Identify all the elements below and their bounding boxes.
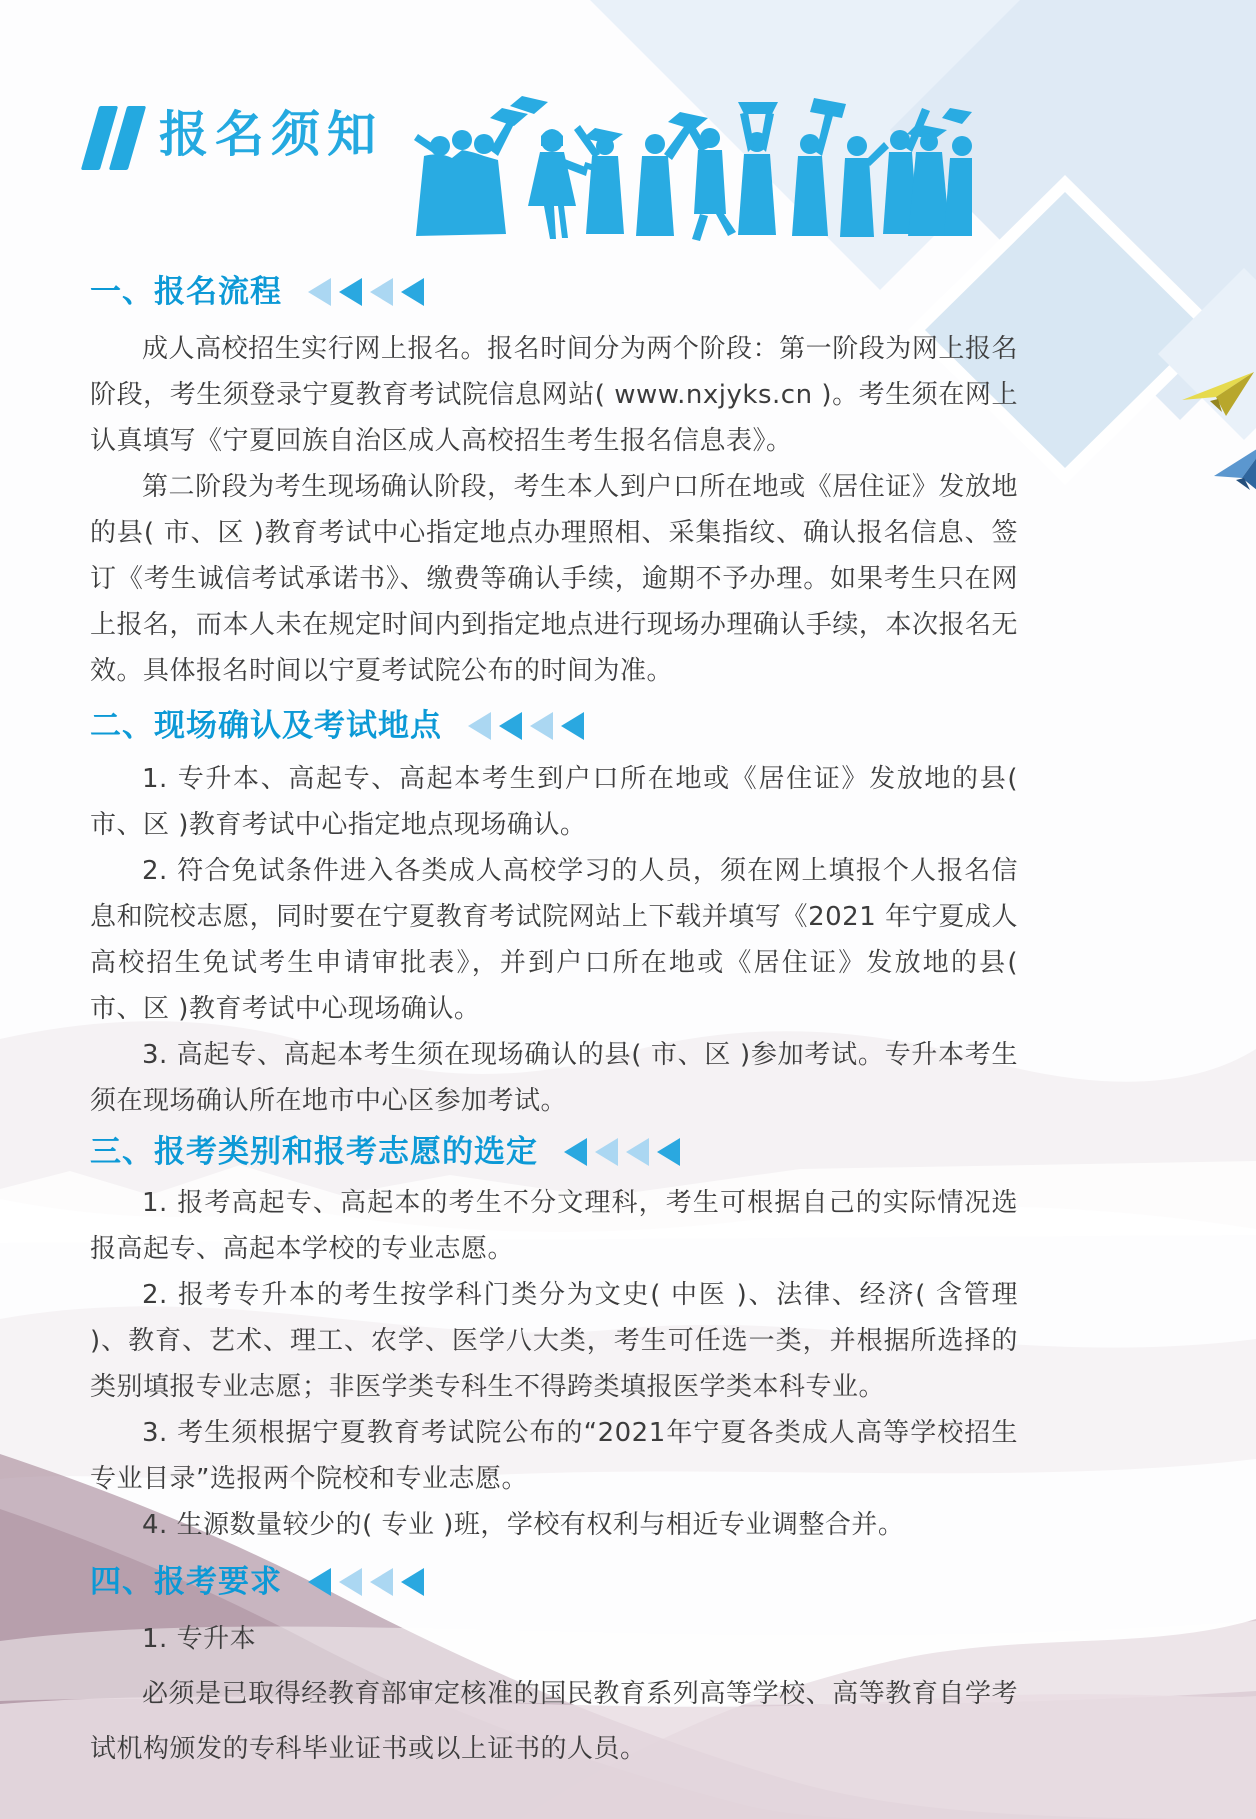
section-heading-row: 一、报名流程 <box>90 274 1018 310</box>
section-heading-row: 三、报考类别和报考志愿的选定 <box>90 1134 1018 1170</box>
body-paragraph: 必须是已取得经教育部审定核准的国民教育系列高等学校、高等教育自学考试机构颁发的专… <box>90 1667 1018 1777</box>
page-title-row: 报名须知 <box>90 0 1018 186</box>
section-paragraphs: 1. 报考高起专、高起本的考生不分文理科，考生可根据自己的实际情况选报高起专、高… <box>90 1180 1018 1548</box>
section-heading-row: 二、现场确认及考试地点 <box>90 708 1018 744</box>
body-paragraph: 2. 符合免试条件进入各类成人高校学习的人员，须在网上填报个人报名信息和院校志愿… <box>90 848 1018 1032</box>
section: 三、报考类别和报考志愿的选定 1. 报考高起专、高起本的考生不分文理科，考生可根… <box>90 1134 1018 1548</box>
yellow-paper-plane-icon <box>1178 370 1256 424</box>
page: 报名须知 一、报名流程 成人高校招生实行网上报名。报名时间分为两个阶段：第一阶段… <box>0 0 1256 1819</box>
quote-mark-icon <box>90 106 137 170</box>
section-paragraphs: 1. 专升本必须是已取得经教育部审定核准的国民教育系列高等学校、高等教育自学考试… <box>90 1612 1018 1777</box>
section-heading-row: 四、报考要求 <box>90 1564 1018 1600</box>
left-triangle-icon <box>561 712 584 740</box>
left-triangle-icon <box>339 278 362 306</box>
body-paragraph: 4. 生源数量较少的( 专业 )班，学校有权利与相近专业调整合并。 <box>90 1502 1018 1548</box>
section-heading: 一、报名流程 <box>90 274 282 310</box>
body-paragraph: 第二阶段为考生现场确认阶段，考生本人到户口所在地或《居住证》发放地的县( 市、区… <box>90 464 1018 694</box>
document-content: 报名须知 一、报名流程 成人高校招生实行网上报名。报名时间分为两个阶段：第一阶段… <box>90 0 1018 1777</box>
body-paragraph: 1. 专升本 <box>90 1612 1018 1667</box>
left-triangle-icon <box>595 1138 618 1166</box>
section: 二、现场确认及考试地点 1. 专升本、高起专、高起本考生到户口所在地或《居住证》… <box>90 708 1018 1124</box>
left-triangle-icon <box>370 278 393 306</box>
left-triangle-icon <box>564 1138 587 1166</box>
body-paragraph: 3. 高起专、高起本考生须在现场确认的县( 市、区 )参加考试。专升本考生须在现… <box>90 1032 1018 1124</box>
left-triangle-icon <box>339 1568 362 1596</box>
arrows-icon <box>308 1568 424 1596</box>
section-paragraphs: 成人高校招生实行网上报名。报名时间分为两个阶段：第一阶段为网上报名阶段，考生须登… <box>90 326 1018 694</box>
section: 四、报考要求 1. 专升本必须是已取得经教育部审定核准的国民教育系列高等学校、高… <box>90 1564 1018 1777</box>
left-triangle-icon <box>468 712 491 740</box>
left-triangle-icon <box>308 1568 331 1596</box>
body-paragraph: 3. 考生须根据宁夏教育考试院公布的“2021年宁夏各类成人高等学校招生专业目录… <box>90 1410 1018 1502</box>
arrows-icon <box>308 278 424 306</box>
section-paragraphs: 1. 专升本、高起专、高起本考生到户口所在地或《居住证》发放地的县( 市、区 )… <box>90 756 1018 1124</box>
page-title: 报名须知 <box>159 100 383 170</box>
body-paragraph: 2. 报考专升本的考生按学科门类分为文史( 中医 )、法律、经济( 含管理 )、… <box>90 1272 1018 1410</box>
left-triangle-icon <box>370 1568 393 1596</box>
arrows-icon <box>564 1138 680 1166</box>
left-triangle-icon <box>626 1138 649 1166</box>
section-heading: 四、报考要求 <box>90 1564 282 1600</box>
body-paragraph: 成人高校招生实行网上报名。报名时间分为两个阶段：第一阶段为网上报名阶段，考生须登… <box>90 326 1018 464</box>
left-triangle-icon <box>657 1138 680 1166</box>
left-triangle-icon <box>530 712 553 740</box>
left-triangle-icon <box>401 1568 424 1596</box>
section-heading: 三、报考类别和报考志愿的选定 <box>90 1134 538 1170</box>
body-paragraph: 1. 专升本、高起专、高起本考生到户口所在地或《居住证》发放地的县( 市、区 )… <box>90 756 1018 848</box>
section-heading: 二、现场确认及考试地点 <box>90 708 442 744</box>
sections-container: 一、报名流程 成人高校招生实行网上报名。报名时间分为两个阶段：第一阶段为网上报名… <box>90 274 1018 1777</box>
left-triangle-icon <box>308 278 331 306</box>
left-triangle-icon <box>499 712 522 740</box>
section: 一、报名流程 成人高校招生实行网上报名。报名时间分为两个阶段：第一阶段为网上报名… <box>90 274 1018 694</box>
arrows-icon <box>468 712 584 740</box>
body-paragraph: 1. 报考高起专、高起本的考生不分文理科，考生可根据自己的实际情况选报高起专、高… <box>90 1180 1018 1272</box>
blue-paper-plane-icon <box>1212 438 1256 500</box>
left-triangle-icon <box>401 278 424 306</box>
